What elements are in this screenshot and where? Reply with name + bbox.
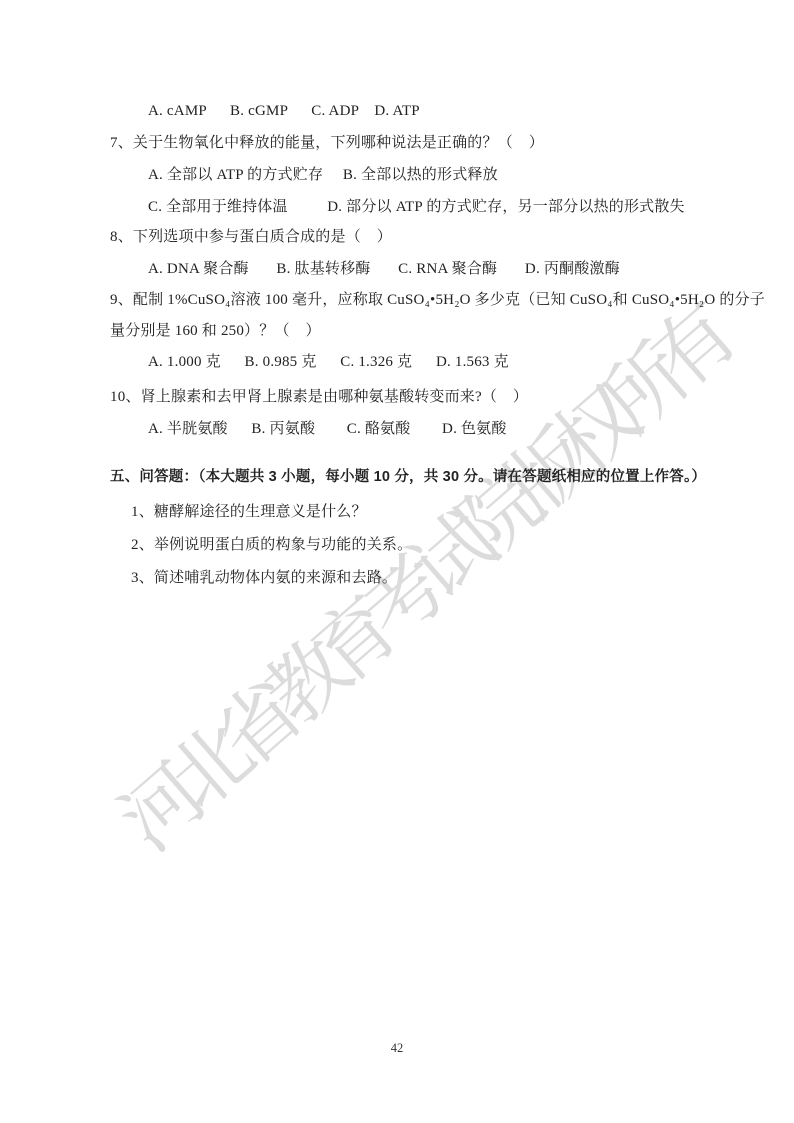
question-10-stem: 10、肾上腺素和去甲肾上腺素是由哪种氨基酸转变而来?（ ） [110, 389, 528, 406]
question-6-options-row: A. cAMP B. cGMP C. ADP D. ATP [148, 103, 420, 120]
section-5-item-1: 1、糖酵解途径的生理意义是什么？ [131, 504, 367, 521]
question-7-stem: 7、关于生物氧化中释放的能量，下列哪种说法是正确的？（ ） [110, 135, 544, 152]
section-5-item-2: 2、举例说明蛋白质的构象与功能的关系。 [131, 537, 412, 554]
page-number: 42 [0, 1041, 794, 1056]
question-9-stem-line-1: 9、配制 1%CuSO₄溶液 100 毫升，应称取 CuSO₄•5H₂O 多少克… [110, 292, 765, 309]
section-5-item-3: 3、简述哺乳动物体内氨的来源和去路。 [131, 570, 397, 587]
question-7-options-row-1: A. 全部以 ATP 的方式贮存 B. 全部以热的形式释放 [148, 167, 498, 184]
question-7-options-row-2: C. 全部用于维持体温 D. 部分以 ATP 的方式贮存，另一部分以热的形式散失 [148, 199, 685, 216]
question-9-options-row-1: A. 1.000 克 B. 0.985 克 C. 1.326 克 D. 1.56… [148, 354, 509, 371]
question-8-options-row-1: A. DNA 聚合酶 B. 肽基转移酶 C. RNA 聚合酶 D. 丙酮酸激酶 [148, 261, 620, 278]
question-8-stem: 8、下列选项中参与蛋白质合成的是（ ） [110, 229, 392, 246]
section-5-header: 五、问答题：（本大题共 3 小题，每小题 10 分，共 30 分。请在答题纸相应… [110, 469, 706, 486]
page-content: A. cAMP B. cGMP C. ADP D. ATP 7、关于生物氧化中释… [0, 0, 794, 1123]
question-10-options-row-1: A. 半胱氨酸 B. 丙氨酸 C. 酪氨酸 D. 色氨酸 [148, 421, 507, 438]
exam-page: 河北省教育考试院版权所有 A. cAMP B. cGMP C. ADP D. A… [0, 0, 794, 1123]
question-9-stem-line-2: 量分别是 160 和 250）？（ ） [110, 323, 321, 340]
